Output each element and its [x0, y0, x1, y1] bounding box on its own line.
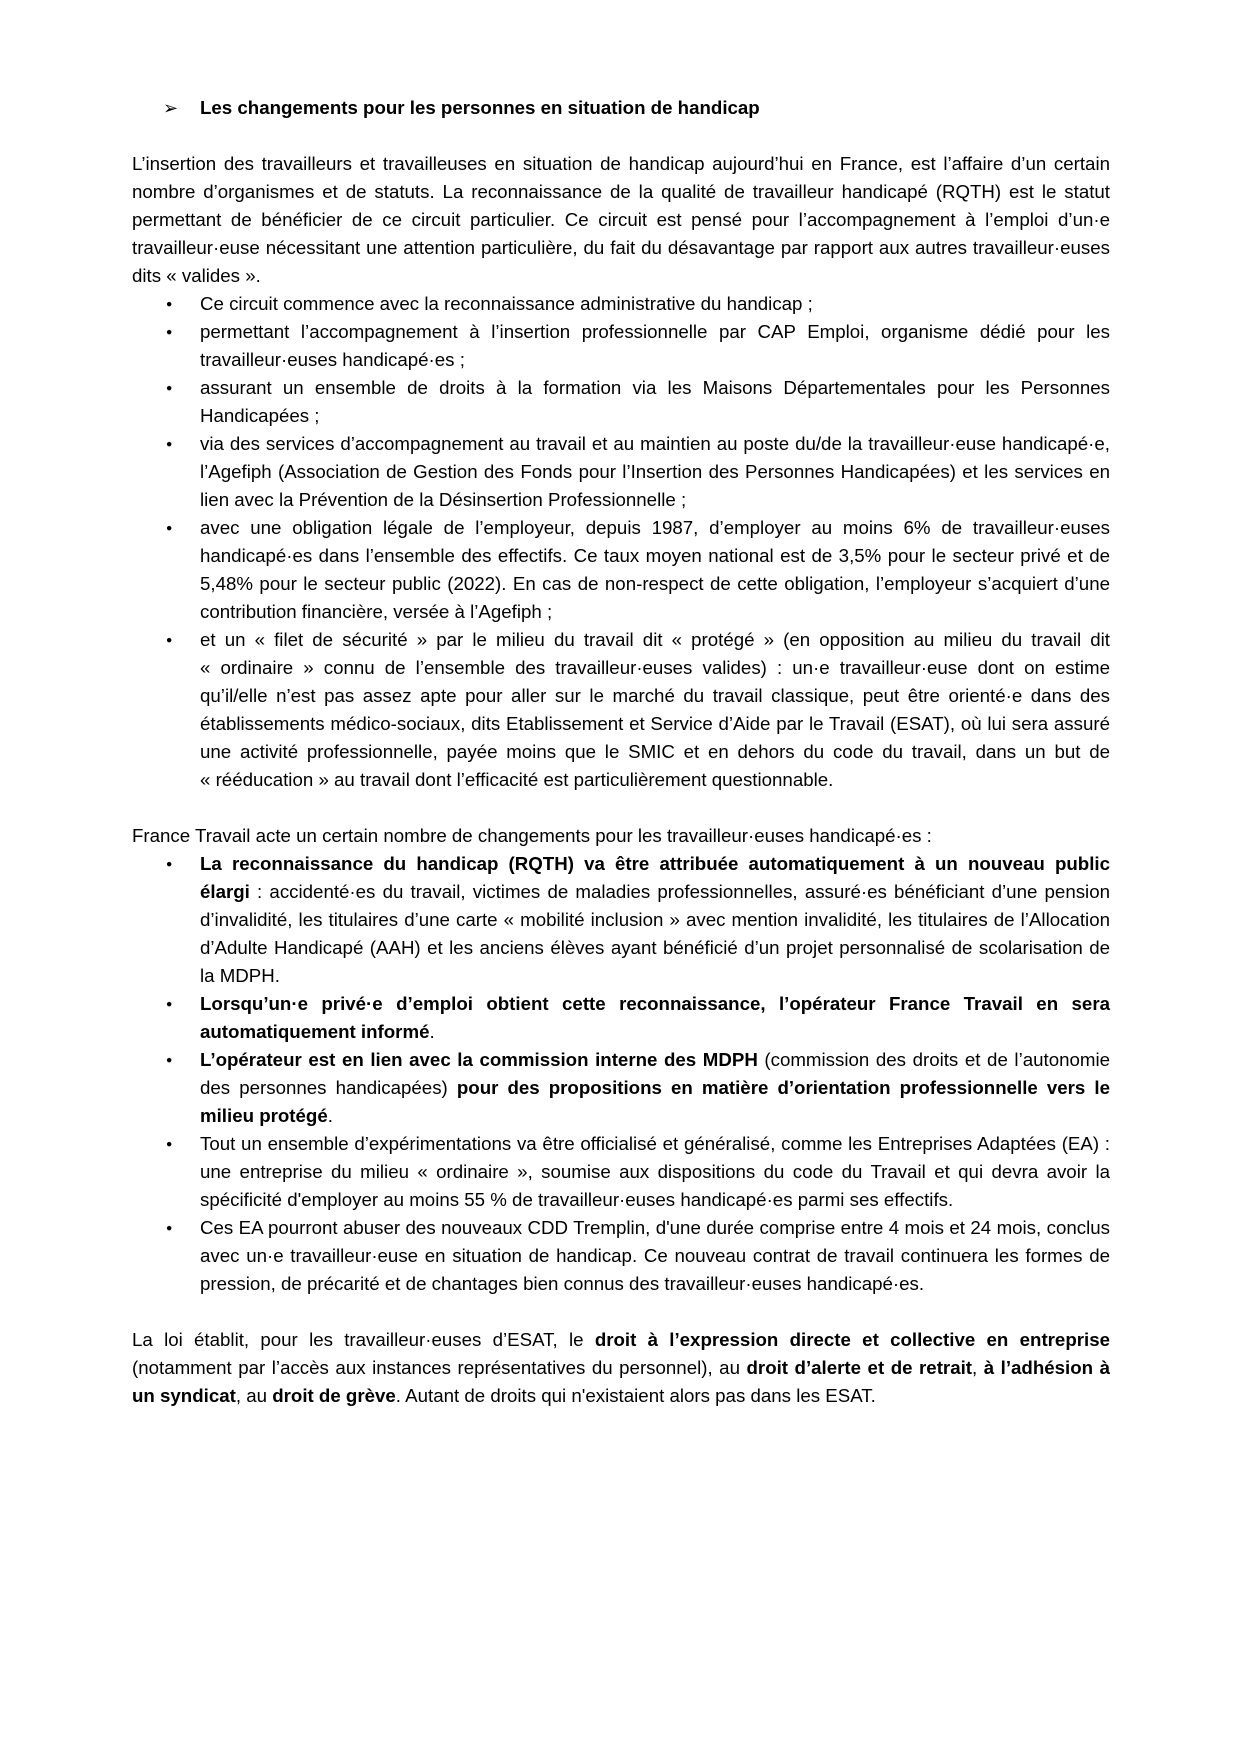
text-run: permettant l’accompagnement à l’insertio…	[200, 321, 1110, 370]
list-item: assurant un ensemble de droits à la form…	[132, 374, 1110, 430]
arrowhead-bullet-icon: ➢	[163, 94, 178, 122]
document-page: ➢ Les changements pour les personnes en …	[0, 0, 1241, 1755]
text-run: L’insertion des travailleurs et travaill…	[132, 153, 1110, 286]
bold-text-run: L’opérateur est en lien avec la commissi…	[200, 1049, 758, 1070]
section-heading: ➢ Les changements pour les personnes en …	[132, 94, 1110, 122]
bold-text-run: Lorsqu’un·e privé·e d’emploi obtient cet…	[200, 993, 1110, 1042]
paragraph: France Travail acte un certain nombre de…	[132, 822, 1110, 850]
text-run: ,	[972, 1357, 984, 1378]
list-item: Lorsqu’un·e privé·e d’emploi obtient cet…	[132, 990, 1110, 1046]
bullet-list: La reconnaissance du handicap (RQTH) va …	[132, 850, 1110, 1298]
text-run: assurant un ensemble de droits à la form…	[200, 377, 1110, 426]
paragraph: L’insertion des travailleurs et travaill…	[132, 150, 1110, 290]
text-run: .	[328, 1105, 333, 1126]
text-run: La loi établit, pour les travailleur·eus…	[132, 1329, 595, 1350]
text-run: avec une obligation légale de l’employeu…	[200, 517, 1110, 622]
text-run: (notamment par l’accès aux instances rep…	[132, 1357, 747, 1378]
list-item: via des services d’accompagnement au tra…	[132, 430, 1110, 514]
list-item: La reconnaissance du handicap (RQTH) va …	[132, 850, 1110, 990]
list-item: avec une obligation légale de l’employeu…	[132, 514, 1110, 626]
bold-text-run: droit d’alerte et de retrait	[747, 1357, 973, 1378]
text-run: Ces EA pourront abuser des nouveaux CDD …	[200, 1217, 1110, 1294]
text-run: , au	[236, 1385, 272, 1406]
text-run: via des services d’accompagnement au tra…	[200, 433, 1110, 510]
paragraph: La loi établit, pour les travailleur·eus…	[132, 1326, 1110, 1410]
bullet-list: Ce circuit commence avec la reconnaissan…	[132, 290, 1110, 794]
list-item: Ce circuit commence avec la reconnaissan…	[132, 290, 1110, 318]
bold-text-run: droit à l’expression directe et collecti…	[595, 1329, 1110, 1350]
text-run: Ce circuit commence avec la reconnaissan…	[200, 293, 813, 314]
document-body: L’insertion des travailleurs et travaill…	[132, 150, 1110, 1410]
list-item: Ces EA pourront abuser des nouveaux CDD …	[132, 1214, 1110, 1298]
list-item: permettant l’accompagnement à l’insertio…	[132, 318, 1110, 374]
text-run: . Autant de droits qui n'existaient alor…	[396, 1385, 876, 1406]
text-run: : accidenté·es du travail, victimes de m…	[200, 881, 1110, 986]
bold-text-run: droit de grève	[272, 1385, 396, 1406]
text-run: et un « filet de sécurité » par le milie…	[200, 629, 1110, 790]
section-heading-text: Les changements pour les personnes en si…	[200, 97, 760, 118]
list-item: Tout un ensemble d’expérimentations va ê…	[132, 1130, 1110, 1214]
text-run: Tout un ensemble d’expérimentations va ê…	[200, 1133, 1110, 1210]
text-run: France Travail acte un certain nombre de…	[132, 825, 932, 846]
list-item: L’opérateur est en lien avec la commissi…	[132, 1046, 1110, 1130]
text-run: .	[429, 1021, 434, 1042]
list-item: et un « filet de sécurité » par le milie…	[132, 626, 1110, 794]
